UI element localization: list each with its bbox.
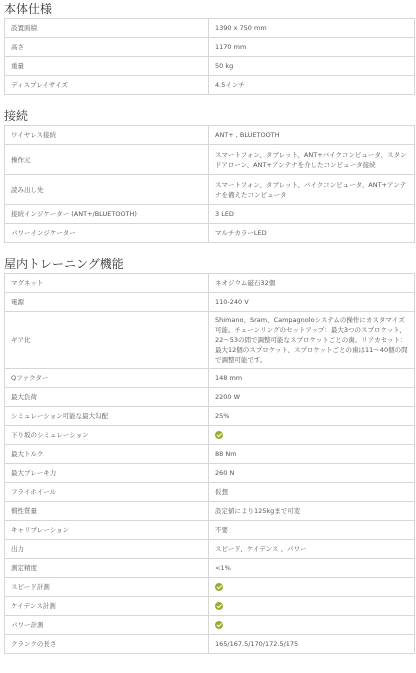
row-value: スマートフォン、タブレット、バイクコンピュータ、ANT+アンテナを備えたコンピュ… <box>209 175 415 205</box>
row-value: 1390 x 750 mm <box>209 19 415 38</box>
row-value: マルチカラーLED <box>209 224 415 243</box>
row-label: 最大ブレーキ力 <box>5 464 209 483</box>
row-value <box>209 578 415 597</box>
table-row: スピード計測 <box>5 578 415 597</box>
table-row: 測定精度<1% <box>5 559 415 578</box>
table-row: ディスプレイサイズ4.5インチ <box>5 76 415 95</box>
row-label: スピード計測 <box>5 578 209 597</box>
row-value: 110-240 V <box>209 293 415 312</box>
row-label: 下り坂のシミュレーション <box>5 426 209 445</box>
row-label: ギア比 <box>5 312 209 369</box>
row-label: シミュレーション可能な最大勾配 <box>5 407 209 426</box>
row-value: 不要 <box>209 521 415 540</box>
table-row: シミュレーション可能な最大勾配25% <box>5 407 415 426</box>
row-value: 4.5インチ <box>209 76 415 95</box>
row-value: 165/167.5/170/172.5/175 <box>209 635 415 654</box>
spec-table-training: マグネットネオジウム磁石32個 電源110-240 V ギア比Shimano、S… <box>4 273 415 654</box>
check-circle-icon <box>215 583 223 591</box>
row-label: 読み出し先 <box>5 175 209 205</box>
row-label: キャリブレーション <box>5 521 209 540</box>
table-row: 読み出し先スマートフォン、タブレット、バイクコンピュータ、ANT+アンテナを備え… <box>5 175 415 205</box>
row-value: 25% <box>209 407 415 426</box>
row-value <box>209 616 415 635</box>
row-label: 高さ <box>5 38 209 57</box>
row-label: 電源 <box>5 293 209 312</box>
table-row: 下り坂のシミュレーション <box>5 426 415 445</box>
row-value: 設定値により125kgまで可変 <box>209 502 415 521</box>
spec-table-body: 設置面積1390 x 750 mm 高さ1170 mm 重量50 kg ディスプ… <box>4 18 415 95</box>
row-value: 88 Nm <box>209 445 415 464</box>
row-label: 測定精度 <box>5 559 209 578</box>
row-value: Shimano、Sram、Campagnoloシステムの操作にカスタマイズ可能。… <box>209 312 415 369</box>
check-circle-icon <box>215 621 223 629</box>
table-row: 操作元スマートフォン、タブレット、ANT+バイクコンピュータ、スタンドアローン、… <box>5 145 415 175</box>
table-row: 重量50 kg <box>5 57 415 76</box>
row-label: マグネット <box>5 274 209 293</box>
section-title: 屋内トレーニング機能 <box>4 255 412 273</box>
table-row: 高さ1170 mm <box>5 38 415 57</box>
table-row: パワーインジケーターマルチカラーLED <box>5 224 415 243</box>
row-label: 設置面積 <box>5 19 209 38</box>
table-row: 最大トルク88 Nm <box>5 445 415 464</box>
row-value: 1170 mm <box>209 38 415 57</box>
row-value: 2200 W <box>209 388 415 407</box>
table-row: ケイデンス計測 <box>5 597 415 616</box>
section-connectivity: 接続 ワイヤレス接続ANT+ , BLUETOOTH 操作元スマートフォン、タブ… <box>4 107 412 243</box>
row-value <box>209 597 415 616</box>
row-label: クランクの長さ <box>5 635 209 654</box>
section-indoor-training: 屋内トレーニング機能 マグネットネオジウム磁石32個 電源110-240 V ギ… <box>4 255 412 654</box>
row-value: スマートフォン、タブレット、ANT+バイクコンピュータ、スタンドアローン、ANT… <box>209 145 415 175</box>
row-value <box>209 426 415 445</box>
row-label: ワイヤレス接続 <box>5 126 209 145</box>
table-row: キャリブレーション不要 <box>5 521 415 540</box>
table-row: 設置面積1390 x 750 mm <box>5 19 415 38</box>
table-row: 最大ブレーキ力260 N <box>5 464 415 483</box>
section-title: 接続 <box>4 107 412 125</box>
section-title: 本体仕様 <box>4 0 412 18</box>
row-label: パワー計測 <box>5 616 209 635</box>
table-row: クランクの長さ165/167.5/170/172.5/175 <box>5 635 415 654</box>
row-label: 慣性質量 <box>5 502 209 521</box>
row-value: 148 mm <box>209 369 415 388</box>
row-value: 仮想 <box>209 483 415 502</box>
table-row: 最大負荷2200 W <box>5 388 415 407</box>
table-row: パワー計測 <box>5 616 415 635</box>
spec-page: 本体仕様 設置面積1390 x 750 mm 高さ1170 mm 重量50 kg… <box>0 0 416 654</box>
row-label: 操作元 <box>5 145 209 175</box>
table-row: フライホイール仮想 <box>5 483 415 502</box>
row-label: ケイデンス計測 <box>5 597 209 616</box>
row-value: <1% <box>209 559 415 578</box>
table-row: Qファクター148 mm <box>5 369 415 388</box>
row-value: ANT+ , BLUETOOTH <box>209 126 415 145</box>
row-value: ネオジウム磁石32個 <box>209 274 415 293</box>
check-circle-icon <box>215 602 223 610</box>
row-value: 260 N <box>209 464 415 483</box>
row-label: フライホイール <box>5 483 209 502</box>
row-value: 50 kg <box>209 57 415 76</box>
row-label: 接続インジケーター (ANT+/BLUETOOTH) <box>5 205 209 224</box>
table-row: 慣性質量設定値により125kgまで可変 <box>5 502 415 521</box>
row-value: 3 LED <box>209 205 415 224</box>
table-row: ギア比Shimano、Sram、Campagnoloシステムの操作にカスタマイズ… <box>5 312 415 369</box>
row-label: ディスプレイサイズ <box>5 76 209 95</box>
row-label: 出力 <box>5 540 209 559</box>
row-value: スピード、ケイデンス 、パワー <box>209 540 415 559</box>
table-row: ワイヤレス接続ANT+ , BLUETOOTH <box>5 126 415 145</box>
table-row: 接続インジケーター (ANT+/BLUETOOTH)3 LED <box>5 205 415 224</box>
table-row: マグネットネオジウム磁石32個 <box>5 274 415 293</box>
row-label: 最大負荷 <box>5 388 209 407</box>
section-body-specs: 本体仕様 設置面積1390 x 750 mm 高さ1170 mm 重量50 kg… <box>4 0 412 95</box>
row-label: Qファクター <box>5 369 209 388</box>
row-label: 最大トルク <box>5 445 209 464</box>
table-row: 電源110-240 V <box>5 293 415 312</box>
spec-table-connectivity: ワイヤレス接続ANT+ , BLUETOOTH 操作元スマートフォン、タブレット… <box>4 125 415 243</box>
row-label: パワーインジケーター <box>5 224 209 243</box>
check-circle-icon <box>215 431 223 439</box>
table-row: 出力スピード、ケイデンス 、パワー <box>5 540 415 559</box>
row-label: 重量 <box>5 57 209 76</box>
